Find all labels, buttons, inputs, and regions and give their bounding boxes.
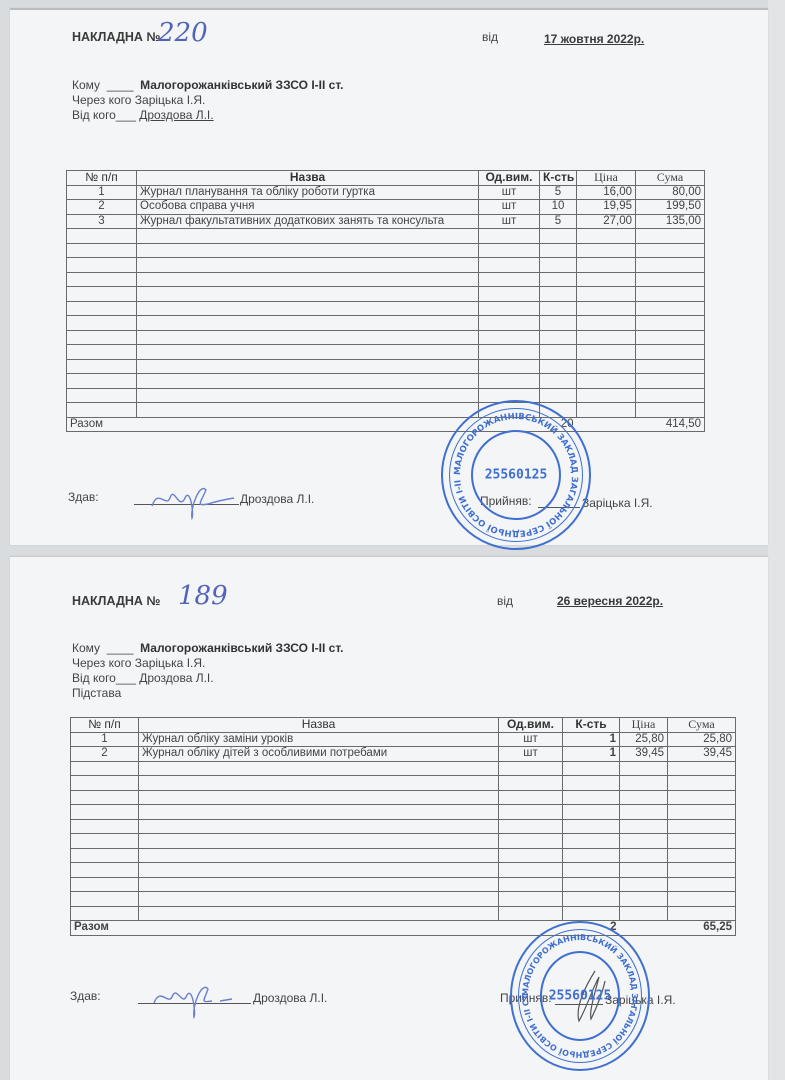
invoice-date: 26 вересня 2022р. (557, 594, 663, 608)
recipient-value: Малогорожанківський ЗЗСО І-ІІ ст. (140, 78, 343, 92)
invoice-sheet-2: НАКЛАДНА № 189 від 26 вересня 2022р. Ком… (10, 556, 768, 1080)
cell-price: 25,80 (620, 732, 668, 747)
total-qty: 2 (563, 921, 620, 936)
handed-label: Здав: (68, 490, 99, 504)
cell-n: 1 (71, 732, 139, 747)
recipient-label: Кому (72, 78, 100, 92)
from-label: Від кого (72, 671, 116, 685)
invoice-date: 17 жовтня 2022р. (544, 32, 644, 46)
col-name: Назва (137, 171, 479, 186)
table-row-empty (71, 790, 736, 805)
cell-sum: 80,00 (636, 185, 705, 200)
via-line: Через кого Заріцька І.Я. (72, 656, 343, 671)
table-row-empty (71, 906, 736, 921)
items-table: № п/п Назва Од.вим. К-сть Ціна Сума 1Жур… (66, 170, 705, 432)
total-row: Разом 2 65,25 (71, 921, 736, 936)
cell-name: Особова справа учня (137, 200, 479, 215)
basis-label: Підстава (72, 686, 343, 701)
table-row-empty (67, 359, 705, 374)
cell-name: Журнал обліку заміни уроків (139, 732, 499, 747)
cell-n: 1 (67, 185, 137, 200)
col-sum: Сума (636, 171, 705, 186)
table-row: 2Журнал обліку дітей з особливими потреб… (71, 747, 736, 762)
total-qty: 20 (540, 417, 577, 432)
scanner-edge (768, 0, 785, 1080)
via-label: Через кого (72, 656, 131, 670)
table-row-empty (71, 776, 736, 791)
cell-price: 19,95 (577, 200, 636, 215)
stamp-code: 25560125 (441, 468, 591, 483)
via-label: Через кого (72, 93, 131, 107)
cell-unit: шт (499, 732, 563, 747)
col-price: Ціна (577, 171, 636, 186)
cell-unit: шт (499, 747, 563, 762)
recipient-label: Кому (72, 641, 100, 655)
table-header: № п/п Назва Од.вим. К-сть Ціна Сума (67, 171, 705, 186)
cell-n: 2 (71, 747, 139, 762)
cell-name: Журнал планування та обліку роботи гуртк… (137, 185, 479, 200)
via-line: Через кого Заріцька І.Я. (72, 93, 343, 108)
table-row-empty (71, 761, 736, 776)
cell-name: Журнал факультативних додаткових занять … (137, 214, 479, 229)
handed-name: Дроздова Л.І. (253, 991, 327, 1005)
cell-qty: 5 (540, 214, 577, 229)
table-row-empty (71, 877, 736, 892)
table-row-empty (71, 819, 736, 834)
from-value: Дроздова Л.І. (139, 671, 213, 685)
via-value: Заріцька І.Я. (135, 656, 206, 670)
table-row-empty (67, 374, 705, 389)
cell-sum: 199,50 (636, 200, 705, 215)
from-line: Від кого___ Дроздова Л.І. (72, 108, 343, 123)
invoice-number: 220 (158, 18, 208, 48)
total-sum: 414,50 (636, 417, 705, 432)
table-row: 1Журнал планування та обліку роботи гурт… (67, 185, 705, 200)
col-name: Назва (139, 718, 499, 733)
table-row-empty (67, 301, 705, 316)
col-number: № п/п (67, 171, 137, 186)
table-row-empty (67, 272, 705, 287)
total-sum: 65,25 (668, 921, 736, 936)
cell-price: 16,00 (577, 185, 636, 200)
handed-signature (150, 975, 250, 1021)
cell-n: 2 (67, 200, 137, 215)
invoice-title: НАКЛАДНА № (72, 594, 160, 608)
total-label: Разом (71, 921, 563, 936)
invoice-title: НАКЛАДНА № (72, 30, 160, 44)
received-name: Заріцька І.Я. (582, 496, 653, 510)
invoice-number: 189 (178, 581, 228, 611)
table-row-empty (67, 403, 705, 418)
col-price: Ціна (620, 718, 668, 733)
cell-qty: 10 (540, 200, 577, 215)
handed-label: Здав: (70, 989, 101, 1003)
table-row: 3Журнал факультативних додаткових занять… (67, 214, 705, 229)
handed-signature (148, 478, 238, 522)
col-unit: Од.вим. (499, 718, 563, 733)
total-row: Разом 20 414,50 (67, 417, 705, 432)
received-signature-line (538, 507, 580, 508)
table-header: № п/п Назва Од.вим. К-сть Ціна Сума (71, 718, 736, 733)
total-label: Разом (67, 417, 540, 432)
received-name: Заріцька І.Я. (605, 993, 676, 1007)
cell-unit: шт (479, 185, 540, 200)
cell-sum: 39,45 (668, 747, 736, 762)
col-sum: Сума (668, 718, 736, 733)
date-label: від (497, 594, 513, 608)
cell-qty: 1 (563, 747, 620, 762)
table-row-empty (71, 805, 736, 820)
table-row-empty (67, 330, 705, 345)
via-value: Заріцька І.Я. (135, 93, 206, 107)
table-row-empty (67, 229, 705, 244)
table-row-empty (71, 834, 736, 849)
cell-sum: 25,80 (668, 732, 736, 747)
table-row-empty (71, 892, 736, 907)
cell-unit: шт (479, 214, 540, 229)
table-row-empty (67, 345, 705, 360)
date-label: від (482, 30, 498, 44)
table-row-empty (67, 388, 705, 403)
col-qty: К-сть (563, 718, 620, 733)
table-row: 1Журнал обліку заміни уроківшт125,8025,8… (71, 732, 736, 747)
recipient-value: Малогорожанківський ЗЗСО І-ІІ ст. (140, 641, 343, 655)
col-unit: Од.вим. (479, 171, 540, 186)
cell-price: 27,00 (577, 214, 636, 229)
table-row-empty (67, 258, 705, 273)
col-number: № п/п (71, 718, 139, 733)
cell-qty: 5 (540, 185, 577, 200)
invoice-sheet-1: НАКЛАДНА № 220 від 17 жовтня 2022р. Кому… (10, 8, 768, 545)
from-label: Від кого (72, 108, 116, 122)
table-row-empty (67, 316, 705, 331)
handed-name: Дроздова Л.І. (240, 492, 314, 506)
cell-name: Журнал обліку дітей з особливими потреба… (139, 747, 499, 762)
cell-price: 39,45 (620, 747, 668, 762)
cell-n: 3 (67, 214, 137, 229)
recipient-line: Кому ____ Малогорожанківський ЗЗСО І-ІІ … (72, 78, 343, 93)
table-row-empty (71, 863, 736, 878)
items-table: № п/п Назва Од.вим. К-сть Ціна Сума 1Жур… (70, 717, 736, 936)
table-row: 2Особова справа учняшт1019,95199,50 (67, 200, 705, 215)
col-qty: К-сть (540, 171, 577, 186)
table-row-empty (67, 287, 705, 302)
received-label: Прийняв: (480, 494, 532, 508)
table-row-empty (71, 848, 736, 863)
cell-unit: шт (479, 200, 540, 215)
from-value: Дроздова Л.І. (139, 108, 213, 122)
cell-qty: 1 (563, 732, 620, 747)
received-label: Прийняв: (500, 991, 552, 1005)
cell-sum: 135,00 (636, 214, 705, 229)
from-line: Від кого___ Дроздова Л.І. (72, 671, 343, 686)
table-row-empty (67, 243, 705, 258)
recipient-line: Кому ____ Малогорожанківський ЗЗСО І-ІІ … (72, 641, 343, 656)
